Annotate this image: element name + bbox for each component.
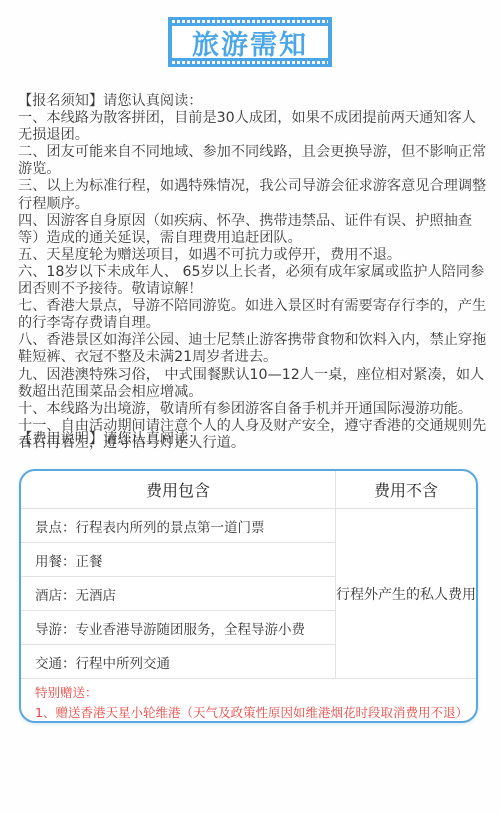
- note-item: 六、18岁以下未成年人、 65岁以上长者，必须有成年家属或监护人陪同参团否则不予…: [18, 264, 488, 298]
- fee-table-box: 费用包含 费用不含 景点：行程表内所列的景点第一道门票 行程外产生的私人费用 用…: [19, 469, 478, 723]
- note-item: 十、本线路为出境游，敬请所有参团游客自备手机并开通国际漫游功能。: [18, 401, 488, 418]
- note-item: 七、香港大景点，导游不陪同游览。如进入景区时有需要寄存行李的，产生的行李寄存费请…: [18, 298, 488, 332]
- included-item: 用餐：正餐: [21, 543, 336, 577]
- registration-notes: 【报名须知】请您认真阅读： 一、本线路为散客拼团，目前是30人成团，如果不成团提…: [18, 93, 488, 452]
- title-banner: 旅游需知: [168, 17, 332, 67]
- special-gift-item: 1、赠送香港天星小轮维港（天气及政策性原因如维港烟花时段取消费用不退）: [35, 703, 465, 723]
- header-excluded: 费用不含: [336, 471, 477, 509]
- note-item: 五、天星度轮为赠送项目，如遇不可抗力或停开，费用不退。: [18, 247, 488, 264]
- note-item: 九、因港澳特殊习俗， 中式围餐默认10—12人一桌，座位相对紧凑，如人数超出范围…: [18, 367, 488, 401]
- note-item: 二、团友可能来自不同地域、参加不同线路，且会更换导游，但不影响正常游览。: [18, 144, 488, 178]
- registration-heading: 【报名须知】请您认真阅读：: [18, 93, 488, 110]
- table-row: 景点：行程表内所列的景点第一道门票 行程外产生的私人费用: [21, 509, 476, 543]
- film-strip-decoration: [172, 61, 328, 64]
- fee-table: 费用包含 费用不含 景点：行程表内所列的景点第一道门票 行程外产生的私人费用 用…: [21, 471, 476, 679]
- fee-heading: 【费用说明】请您认真阅读：: [18, 431, 202, 448]
- included-item: 导游：专业香港导游随团服务，全程导游小费: [21, 611, 336, 645]
- table-header-row: 费用包含 费用不含: [21, 471, 476, 509]
- title-inner: 旅游需知: [172, 26, 328, 58]
- note-item: 八、香港景区如海洋公园、迪士尼禁止游客携带食物和饮料入内，禁止穿拖鞋短裤、衣冠不…: [18, 332, 488, 366]
- page-title: 旅游需知: [192, 23, 308, 62]
- included-item: 酒店：无酒店: [21, 577, 336, 611]
- special-gift: 特别赠送： 1、赠送香港天星小轮维港（天气及政策性原因如维港烟花时段取消费用不退…: [35, 683, 465, 723]
- header-included: 费用包含: [21, 471, 336, 509]
- special-gift-label: 特别赠送：: [35, 683, 465, 703]
- excluded-item: 行程外产生的私人费用: [336, 509, 477, 679]
- included-item: 交通：行程中所列交通: [21, 645, 336, 679]
- included-item: 景点：行程表内所列的景点第一道门票: [21, 509, 336, 543]
- note-item: 三、以上为标准行程，如遇特殊情况，我公司导游会征求游客意见合理调整行程顺序。: [18, 178, 488, 212]
- note-item: 四、因游客自身原因（如疾病、怀孕、携带违禁品、证件有误、护照抽查等）造成的通关延…: [18, 213, 488, 247]
- note-item: 一、本线路为散客拼团，目前是30人成团，如果不成团提前两天通知客人无损退团。: [18, 110, 488, 144]
